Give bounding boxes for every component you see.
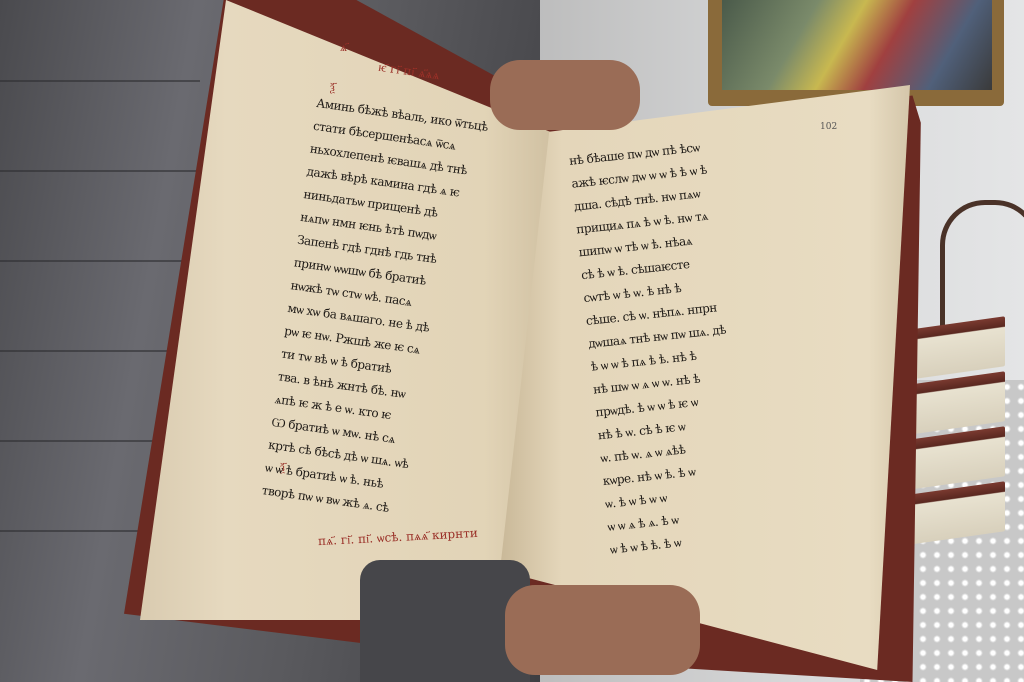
page-number: 102 [820,122,837,132]
hand-top [490,60,640,130]
margin-note: ѯ҃ [330,80,335,95]
hand-bottom [505,585,700,675]
margin-note: ѧ҃ [340,40,347,55]
framed-painting [708,0,1004,106]
painting-canvas [722,0,992,90]
